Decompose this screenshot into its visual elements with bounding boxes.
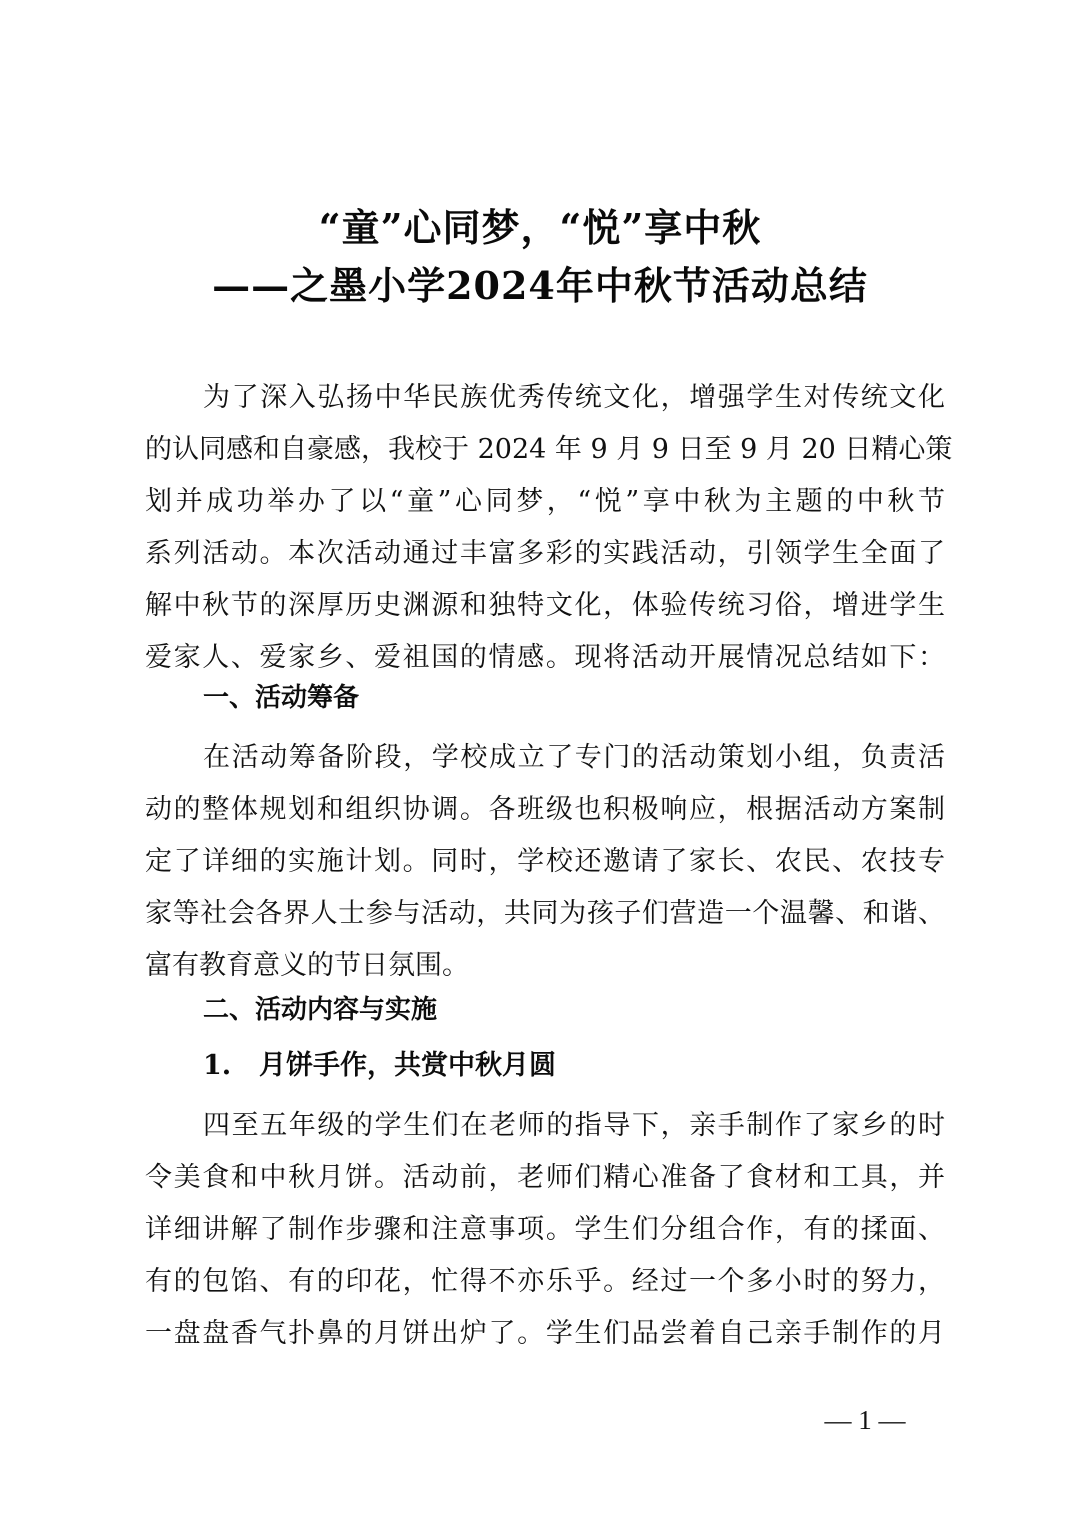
subsection-1-paragraph-line: 有的包馅、有的印花，忙得不亦乐乎。经过一个多小时的努力， xyxy=(145,1264,945,1300)
section-1-paragraph-line: 动的整体规划和组织协调。各班级也积极响应，根据活动方案制 xyxy=(145,792,945,828)
intro-paragraph-line: 爱家人、爱家乡、爱祖国的情感。现将活动开展情况总结如下： xyxy=(145,640,945,676)
section-heading-content: 二、活动内容与实施 xyxy=(203,992,437,1028)
intro-paragraph-line: 的认同感和自豪感，我校于 2024 年 9 月 9 日至 9 月 20 日精心策 xyxy=(145,432,945,468)
subsection-1-paragraph-line: 令美食和中秋月饼。活动前，老师们精心准备了食材和工具，并 xyxy=(145,1160,945,1196)
subsection-title: 月饼手作，共赏中秋月圆 xyxy=(259,1050,556,1081)
document-subtitle: ——之墨小学2024年中秋节活动总结 xyxy=(0,255,1080,310)
subsection-1-paragraph-line: 一盘盘香气扑鼻的月饼出炉了。学生们品尝着自己亲手制作的月 xyxy=(145,1316,945,1352)
document-title: “童”心同梦，“悦”享中秋 xyxy=(0,197,1080,252)
page-number: — 1 — xyxy=(810,1405,920,1436)
section-1-paragraph-line: 定了详细的实施计划。同时，学校还邀请了家长、农民、农技专 xyxy=(145,844,945,880)
section-heading-preparation: 一、活动筹备 xyxy=(203,680,359,716)
intro-paragraph-line: 为了深入弘扬中华民族优秀传统文化，增强学生对传统文化 xyxy=(145,380,945,416)
intro-paragraph-line: 系列活动。本次活动通过丰富多彩的实践活动，引领学生全面了 xyxy=(145,536,945,572)
intro-paragraph-line: 解中秋节的深厚历史渊源和独特文化，体验传统习俗，增进学生 xyxy=(145,588,945,624)
subsection-1-paragraph-line: 四至五年级的学生们在老师的指导下，亲手制作了家乡的时 xyxy=(145,1108,945,1144)
section-1-paragraph-line: 富有教育意义的节日氛围。 xyxy=(145,948,945,984)
subsection-number: 1. xyxy=(203,1048,259,1084)
section-1-paragraph-line: 在活动筹备阶段，学校成立了专门的活动策划小组，负责活 xyxy=(145,740,945,776)
subsection-heading-mooncake: 1.月饼手作，共赏中秋月圆 xyxy=(203,1048,556,1084)
subsection-1-paragraph-line: 详细讲解了制作步骤和注意事项。学生们分组合作，有的揉面、 xyxy=(145,1212,945,1248)
document-page: “童”心同梦，“悦”享中秋 ——之墨小学2024年中秋节活动总结 为了深入弘扬中… xyxy=(0,0,1080,1527)
intro-paragraph-line: 划并成功举办了以“童”心同梦，“悦”享中秋为主题的中秋节 xyxy=(145,484,945,520)
section-1-paragraph-line: 家等社会各界人士参与活动，共同为孩子们营造一个温馨、和谐、 xyxy=(145,896,945,932)
